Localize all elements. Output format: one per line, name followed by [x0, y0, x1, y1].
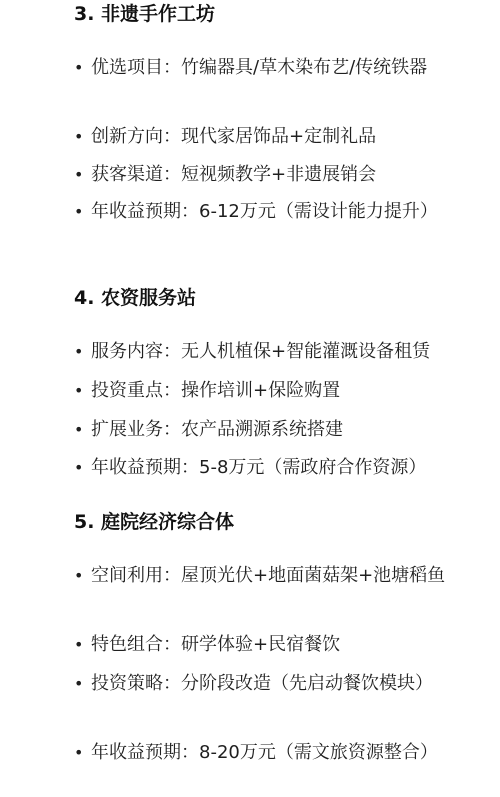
- bullet-icon: •: [74, 197, 91, 227]
- bullet-icon: •: [74, 453, 91, 483]
- bullet-icon: •: [74, 630, 91, 660]
- section-heading: 4. 农资服务站: [74, 285, 196, 311]
- list-item-text: 年收益预期：6-12万元（需设计能力提升）: [91, 197, 484, 227]
- list-item-text: 创新方向：现代家居饰品+定制礼品: [91, 122, 484, 152]
- list-item: • 投资策略：分阶段改造（先启动餐饮模块）: [74, 669, 484, 699]
- list-item-text: 服务内容：无人机植保+智能灌溉设备租赁: [91, 337, 484, 367]
- section-heading: 5. 庭院经济综合体: [74, 509, 234, 535]
- list-item: • 获客渠道：短视频教学+非遗展销会: [74, 160, 484, 190]
- bullet-icon: •: [74, 53, 91, 83]
- list-item: • 年收益预期：8-20万元（需文旅资源整合）: [74, 738, 484, 768]
- list-item: • 年收益预期：6-12万元（需设计能力提升）: [74, 197, 484, 227]
- list-item: • 扩展业务：农产品溯源系统搭建: [74, 415, 484, 445]
- bullet-icon: •: [74, 376, 91, 406]
- bullet-icon: •: [74, 122, 91, 152]
- list-item-text: 优选项目：竹编器具/草木染布艺/传统铁器: [91, 53, 484, 83]
- list-item: • 特色组合：研学体验+民宿餐饮: [74, 630, 484, 660]
- list-item: • 服务内容：无人机植保+智能灌溉设备租赁: [74, 337, 484, 367]
- list-item-text: 空间利用：屋顶光伏+地面菌菇架+池塘稻鱼: [91, 561, 484, 591]
- section-heading: 3. 非遗手作工坊: [74, 1, 215, 27]
- list-item-text: 获客渠道：短视频教学+非遗展销会: [91, 160, 484, 190]
- list-item: • 年收益预期：5-8万元（需政府合作资源）: [74, 453, 484, 483]
- list-item-text: 扩展业务：农产品溯源系统搭建: [91, 415, 484, 445]
- list-item-text: 年收益预期：5-8万元（需政府合作资源）: [91, 453, 484, 483]
- list-item: • 创新方向：现代家居饰品+定制礼品: [74, 122, 484, 152]
- bullet-icon: •: [74, 561, 91, 591]
- list-item: • 空间利用：屋顶光伏+地面菌菇架+池塘稻鱼: [74, 561, 484, 591]
- list-item: • 投资重点：操作培训+保险购置: [74, 376, 484, 406]
- bullet-icon: •: [74, 160, 91, 190]
- bullet-icon: •: [74, 415, 91, 445]
- bullet-icon: •: [74, 669, 91, 699]
- bullet-icon: •: [74, 738, 91, 768]
- bullet-icon: •: [74, 337, 91, 367]
- list-item-text: 年收益预期：8-20万元（需文旅资源整合）: [91, 738, 484, 768]
- list-item-text: 投资策略：分阶段改造（先启动餐饮模块）: [91, 669, 484, 699]
- list-item-text: 特色组合：研学体验+民宿餐饮: [91, 630, 484, 660]
- list-item-text: 投资重点：操作培训+保险购置: [91, 376, 484, 406]
- list-item: • 优选项目：竹编器具/草木染布艺/传统铁器: [74, 53, 484, 83]
